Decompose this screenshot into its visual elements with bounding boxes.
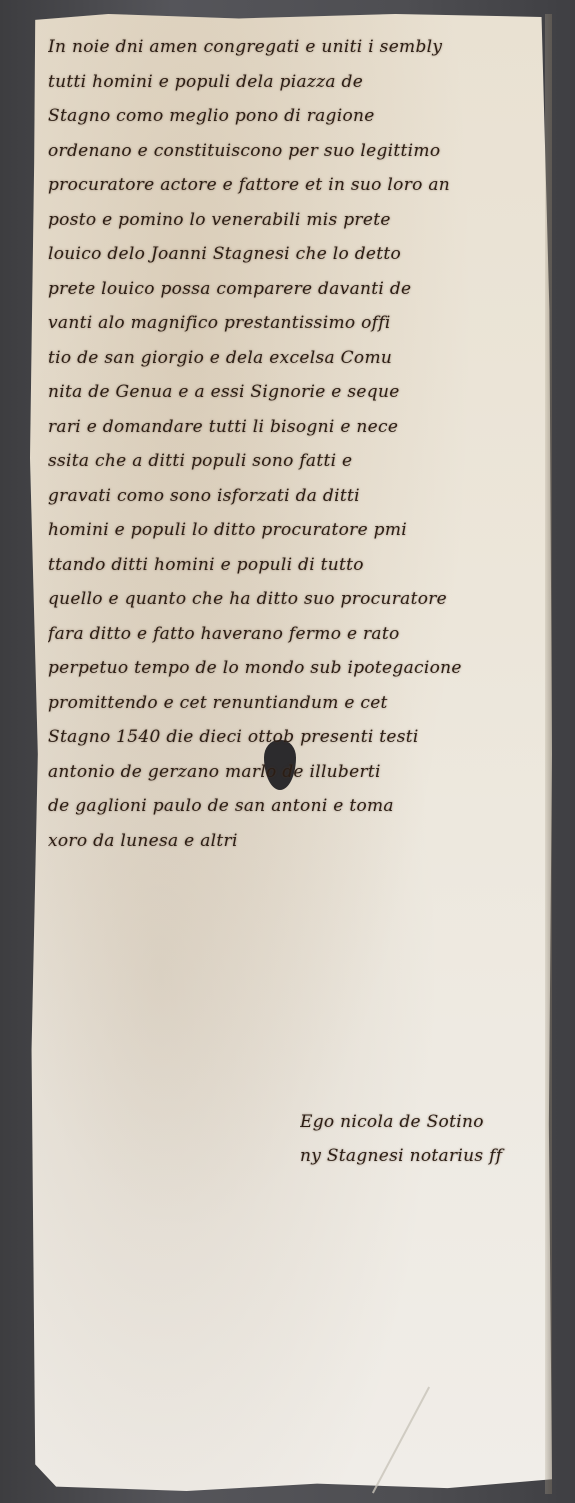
manuscript-line: de gaglioni paulo de san antoni e toma bbox=[48, 789, 548, 824]
manuscript-line: fara ditto e fatto haverano fermo e rato bbox=[48, 617, 548, 652]
manuscript-line: perpetuo tempo de lo mondo sub ipotegaci… bbox=[48, 651, 548, 686]
manuscript-line: Stagno como meglio pono di ragione bbox=[48, 99, 548, 134]
manuscript-line: In noie dni amen congregati e uniti i se… bbox=[48, 30, 548, 65]
manuscript-line: ordenano e constituiscono per suo legitt… bbox=[48, 134, 548, 169]
manuscript-line: ssita che a ditti populi sono fatti e bbox=[48, 444, 548, 479]
manuscript-line: Stagno 1540 die dieci ottob presenti tes… bbox=[48, 720, 548, 755]
signature-line: ny Stagnesi notarius ff bbox=[300, 1139, 540, 1173]
manuscript-line: rari e domandare tutti li bisogni e nece bbox=[48, 410, 548, 445]
notary-signature: Ego nicola de Sotino ny Stagnesi notariu… bbox=[300, 1105, 540, 1173]
manuscript-body: In noie dni amen congregati e uniti i se… bbox=[48, 30, 548, 858]
manuscript-line: nita de Genua e a essi Signorie e seque bbox=[48, 375, 548, 410]
manuscript-line: antonio de gerzano marlo de illuberti bbox=[48, 755, 548, 790]
manuscript-line: tio de san giorgio e dela excelsa Comu bbox=[48, 341, 548, 376]
manuscript-line: posto e pomino lo venerabili mis prete bbox=[48, 203, 548, 238]
signature-line: Ego nicola de Sotino bbox=[300, 1105, 540, 1139]
manuscript-line: tutti homini e populi dela piazza de bbox=[48, 65, 548, 100]
manuscript-line: promittendo e cet renuntiandum e cet bbox=[48, 686, 548, 721]
manuscript-line: louico delo Joanni Stagnesi che lo detto bbox=[48, 237, 548, 272]
manuscript-line: procuratore actore e fattore et in suo l… bbox=[48, 168, 548, 203]
manuscript-line: quello e quanto che ha ditto suo procura… bbox=[48, 582, 548, 617]
manuscript-line: prete louico possa comparere davanti de bbox=[48, 272, 548, 307]
manuscript-line: ttando ditti homini e populi di tutto bbox=[48, 548, 548, 583]
manuscript-line: vanti alo magnifico prestantissimo offi bbox=[48, 306, 548, 341]
manuscript-line: homini e populi lo ditto procuratore pmi bbox=[48, 513, 548, 548]
manuscript-line: gravati como sono isforzati da ditti bbox=[48, 479, 548, 514]
manuscript-line: xoro da lunesa e altri bbox=[48, 824, 548, 859]
